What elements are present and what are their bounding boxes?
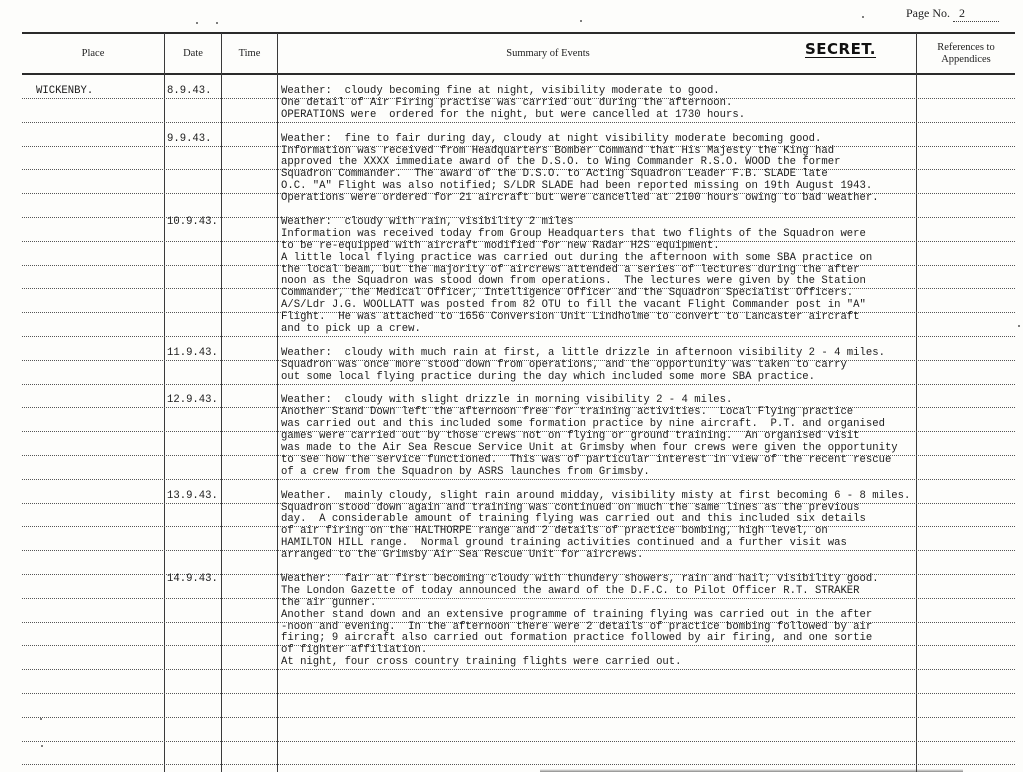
entry-summary-line: Weather: cloudy becoming fine at night, … — [281, 85, 720, 97]
paper-speck — [580, 20, 582, 22]
dotted-rule — [22, 741, 1015, 742]
entry-summary-line: -noon and evening. In the afternoon ther… — [281, 621, 872, 633]
entry-summary-line: Squadron Commander. The award of the D.S… — [281, 168, 828, 180]
paper-speck — [216, 22, 218, 24]
entry-summary-line: arranged to the Grimsby Air Sea Rescue U… — [281, 549, 643, 561]
entry-summary-line: A/S/Ldr J.G. WOOLLATT was posted from 82… — [281, 299, 866, 311]
entry-summary-line: Information was received from Headquarte… — [281, 145, 834, 157]
entry-date: 13.9.43. — [167, 490, 218, 502]
column-header-summary: Summary of Events — [278, 34, 818, 74]
entry-summary-line: to see how the service functioned. This … — [281, 454, 891, 466]
entry-summary-line: At night, four cross country training fl… — [281, 656, 682, 668]
entry-summary-line: firing; 9 aircraft also carried out form… — [281, 632, 872, 644]
entry-summary-line: to be re-equipped with aircraft modified… — [281, 240, 720, 252]
paper-speck — [40, 718, 42, 720]
entry-summary-line: Operations were ordered for 21 aircraft … — [281, 192, 879, 204]
entry-summary-line: Weather: fine to fair during day, cloudy… — [281, 133, 821, 145]
column-divider-place-date — [164, 33, 165, 772]
dotted-rule — [22, 693, 1015, 694]
column-divider-summary-references — [916, 33, 917, 772]
page-number: Page No. 2 — [906, 6, 999, 22]
entry-date: 8.9.43. — [167, 85, 212, 97]
entry-summary-line: Weather: cloudy with much rain at first,… — [281, 347, 885, 359]
entry-summary-line: Information was received today from Grou… — [281, 228, 866, 240]
entry-summary-line: out some local flying practice during th… — [281, 371, 815, 383]
entry-summary-line: the local beam, but the majority of airc… — [281, 264, 860, 276]
entry-summary-line: One detail of Air Firing practise was ca… — [281, 97, 732, 109]
entry-summary-line: Flight. He was attached to 1656 Conversi… — [281, 311, 860, 323]
entry-summary-line: O.C. "A" Flight was also notified; S/LDR… — [281, 180, 872, 192]
column-header-place: Place — [22, 34, 164, 74]
entry-date: 9.9.43. — [167, 133, 212, 145]
entry-summary-line: was made to the Air Sea Rescue Service U… — [281, 442, 898, 454]
entry-place: WICKENBY. — [36, 85, 93, 97]
entry-summary-line: A little local flying practice was carri… — [281, 252, 872, 264]
column-header-time: Time — [222, 34, 277, 74]
entry-summary-line: Commander, the Medical Officer, Intellig… — [281, 287, 853, 299]
entry-summary-line: The London Gazette of today announced th… — [281, 585, 860, 597]
dotted-rule — [22, 598, 1015, 599]
entry-summary-line: the air gunner. — [281, 597, 376, 609]
entry-summary-line: of fighter affiliation. — [281, 644, 427, 656]
entry-summary-line: Weather. mainly cloudy, slight rain arou… — [281, 490, 910, 502]
entry-summary-line: Weather: cloudy with rain, visibility 2 … — [281, 216, 573, 228]
entry-summary-line: approved the XXXX immediate award of the… — [281, 156, 840, 168]
page-number-value: 2 — [953, 6, 999, 22]
entry-summary-line: OPERATIONS were ordered for the night, b… — [281, 109, 745, 121]
column-divider-date-time — [221, 33, 222, 772]
paper-speck — [862, 16, 864, 18]
entry-summary-line: Another stand down and an extensive prog… — [281, 609, 872, 621]
entry-summary-line: day. A considerable amount of training f… — [281, 513, 866, 525]
paper-speck — [196, 22, 198, 24]
dotted-rule — [22, 645, 1015, 646]
dotted-rule — [22, 384, 1015, 385]
operations-record-page: Page No. 2 Place Date Time Summary of Ev… — [0, 0, 1023, 772]
entry-summary-line: HAMILTON HILL range. Normal ground train… — [281, 537, 847, 549]
entry-summary-line: Weather: cloudy with slight drizzle in m… — [281, 394, 732, 406]
entry-summary-line: noon as the Squadron was stood down from… — [281, 275, 866, 287]
entry-summary-line: Another Stand Down left the afternoon fr… — [281, 406, 853, 418]
entry-summary-line: of a crew from the Squadron by ASRS laun… — [281, 466, 650, 478]
paper-speck — [41, 745, 43, 747]
entry-date: 10.9.43. — [167, 216, 218, 228]
entry-date: 12.9.43. — [167, 394, 218, 406]
dotted-rule — [22, 336, 1015, 337]
entry-summary-line: was carried out and this included some f… — [281, 418, 885, 430]
dotted-rule — [22, 717, 1015, 718]
entry-summary-line: Squadron was once more stood down from o… — [281, 359, 847, 371]
classification-stamp: SECRET. — [805, 40, 876, 58]
dotted-rule — [22, 764, 1015, 765]
paper-speck — [1018, 325, 1020, 327]
column-header-date: Date — [165, 34, 221, 74]
column-header-references: References to Appendices — [917, 34, 1015, 74]
dotted-rule — [22, 479, 1015, 480]
entry-summary-line: and to pick up a crew. — [281, 323, 421, 335]
dotted-rule — [22, 122, 1015, 123]
column-divider-time-summary — [277, 33, 278, 772]
entry-summary-line: of air firing on the HALTHORPE range and… — [281, 525, 828, 537]
dotted-rule — [22, 669, 1015, 670]
entry-summary-line: Squadron stood down again and training w… — [281, 502, 860, 514]
entry-date: 14.9.43. — [167, 573, 218, 585]
entry-date: 11.9.43. — [167, 347, 218, 359]
entry-summary-line: Weather: fair at first becoming cloudy w… — [281, 573, 879, 585]
page-number-label: Page No. — [906, 6, 950, 20]
entry-summary-line: games were carried out by those crews no… — [281, 430, 860, 442]
